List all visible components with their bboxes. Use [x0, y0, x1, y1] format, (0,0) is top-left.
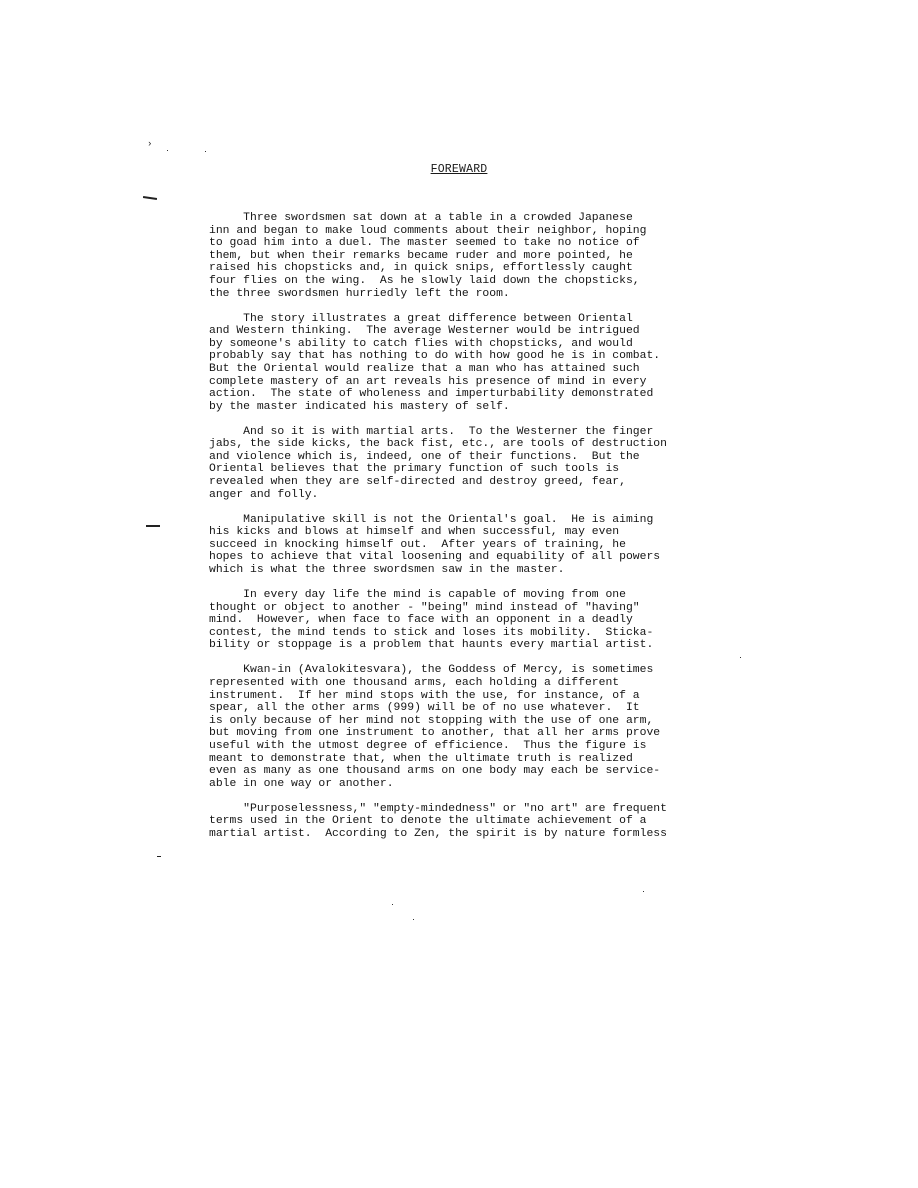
scan-speck: [167, 150, 168, 151]
paragraph: "Purposelessness," "empty-mindedness" or…: [209, 803, 749, 841]
paragraph: Three swordsmen sat down at a table in a…: [209, 212, 749, 300]
scan-speck: [392, 904, 393, 905]
document-title: FOREWARD: [0, 163, 918, 176]
document-body: Three swordsmen sat down at a table in a…: [209, 212, 749, 853]
scan-speck: [643, 891, 644, 892]
margin-mark: [146, 525, 160, 527]
scan-speck: [413, 919, 414, 920]
paragraph: In every day life the mind is capable of…: [209, 589, 749, 652]
document-page: › FOREWARD Three swordsmen sat down at a…: [0, 0, 918, 1188]
paragraph: Kwan-in (Avalokitesvara), the Goddess of…: [209, 664, 749, 790]
margin-mark: [143, 196, 157, 200]
scan-mark: ›: [147, 139, 152, 149]
paragraph: The story illustrates a great difference…: [209, 313, 749, 414]
scan-speck: [205, 151, 206, 152]
margin-mark: [157, 856, 161, 857]
paragraph: And so it is with martial arts. To the W…: [209, 426, 749, 502]
paragraph: Manipulative skill is not the Oriental's…: [209, 514, 749, 577]
